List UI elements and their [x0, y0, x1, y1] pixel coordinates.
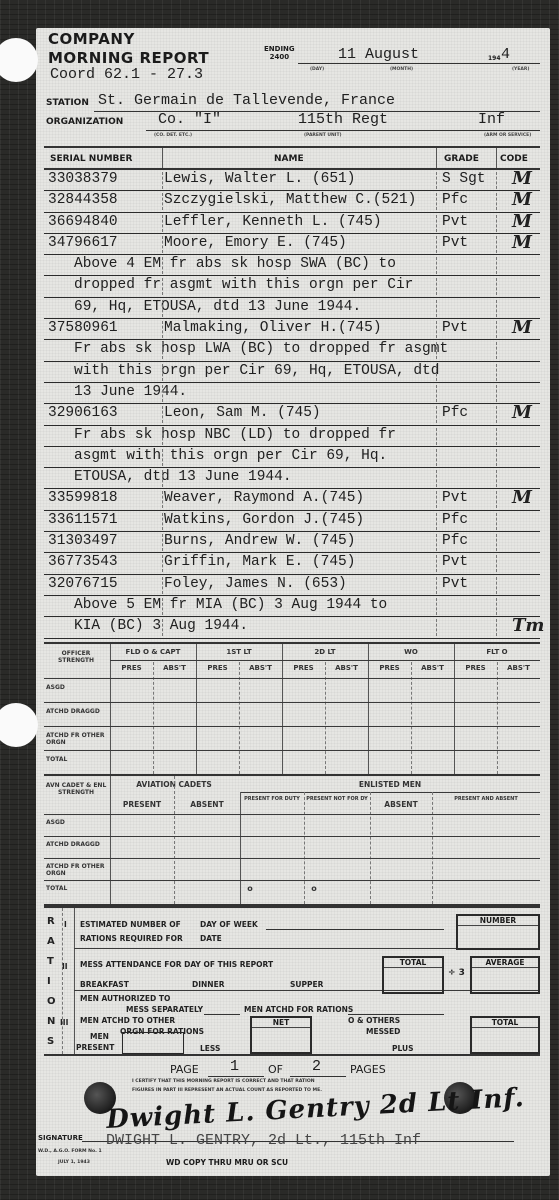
officer-count-cell[interactable] [499, 728, 538, 748]
divider [174, 776, 175, 904]
coordinates: Coord 62.1 - 27.3 [50, 66, 203, 83]
officer-count-cell[interactable] [413, 752, 452, 772]
code-mark: M [512, 211, 532, 232]
supper-label: SUPPER [290, 980, 323, 989]
divider [162, 321, 163, 338]
enlisted-count-cell[interactable] [372, 838, 430, 856]
serial-number: 31303497 [48, 533, 118, 549]
officer-row-label: TOTAL [44, 756, 106, 763]
divider [436, 172, 437, 189]
enlisted-count-cell[interactable] [242, 838, 302, 856]
enlisted-count-cell[interactable] [242, 860, 302, 878]
enlisted-count-cell[interactable] [372, 816, 430, 834]
row-number-2: II [62, 962, 68, 971]
divider [162, 406, 163, 423]
enlisted-col-header: PRESENT AND ABSENT [432, 796, 540, 802]
code-mark: M [512, 168, 532, 189]
code-mark: M [512, 232, 532, 253]
enlisted-col-header: ABSENT [370, 800, 432, 809]
sub-col-abst: ABS'T [239, 664, 282, 672]
col-name: NAME [274, 154, 304, 164]
pages-label: PAGES [350, 1063, 386, 1076]
enlisted-count-cell[interactable] [306, 838, 368, 856]
row-number-1: I [64, 920, 67, 929]
divider [162, 491, 163, 508]
page-number: 1 [230, 1058, 239, 1075]
officer-count-cell[interactable] [284, 728, 323, 748]
men-atchd-rations-field[interactable] [348, 1005, 444, 1015]
divider [496, 215, 497, 232]
enlisted-count-cell[interactable] [372, 882, 430, 900]
serial-number: 32844358 [48, 192, 118, 208]
soldier-name: Szczygielski, Matthew C.(521) [164, 192, 416, 208]
punch-hole-top [0, 38, 38, 82]
rations-top-rule [44, 906, 540, 908]
enlisted-col-header: PRESENT FOR DUTY [240, 796, 304, 802]
officer-count-cell[interactable] [327, 680, 366, 700]
men-authorized-label-2: MESS SEPARATELY [126, 1005, 203, 1014]
total-box-2[interactable]: TOTAL [470, 1016, 540, 1054]
officer-count-cell[interactable] [327, 728, 366, 748]
divider [436, 257, 437, 274]
divider [432, 792, 433, 904]
divider [436, 321, 437, 338]
divider [496, 193, 497, 210]
officer-count-cell[interactable] [198, 680, 237, 700]
roster-header: SERIAL NUMBER NAME GRADE CODE [44, 146, 540, 170]
enlisted-men-header: ENLISTED MEN [240, 780, 540, 789]
enlisted-row-label: ASGD [44, 819, 106, 826]
officer-count-cell[interactable] [198, 728, 237, 748]
roster-entry-row: 32906163Leon, Sam M. (745)PfcM [44, 404, 540, 425]
men-present-box[interactable] [122, 1032, 184, 1054]
grade: Pfc [442, 533, 468, 549]
enlisted-row-label: ATCHD DRAGGD [44, 841, 106, 848]
divider [496, 534, 497, 551]
divider [436, 470, 437, 487]
officer-group-header: 1ST LT [196, 648, 282, 656]
total-box-title: TOTAL [384, 958, 442, 968]
men-authorized-label-1: MEN AUTHORIZED TO [80, 994, 170, 1003]
code-mark: Tm [512, 615, 544, 636]
serial-number: 33599818 [48, 490, 118, 506]
divider [436, 148, 437, 168]
roster-entry-row: 31303497Burns, Andrew W. (745)Pfc [44, 532, 540, 553]
divider [496, 257, 497, 274]
divider [304, 792, 305, 904]
total-present-not-for-duty-mark: o [308, 884, 320, 893]
remark-text: Above 4 EM fr abs sk hosp SWA (BC) to [74, 256, 396, 272]
divider [162, 449, 163, 466]
morning-report-form: COMPANY MORNING REPORT ENDING 2400 11 Au… [36, 28, 550, 1176]
enlisted-count-cell[interactable] [434, 838, 538, 856]
code-mark: M [512, 402, 532, 423]
report-date: 11 August [338, 46, 419, 63]
enlisted-strength-table: AVN CADET & ENL STRENGTHAVIATION CADETSE… [44, 776, 540, 906]
serial-number: 36773543 [48, 554, 118, 570]
divider [44, 836, 540, 837]
sub-label-day: (DAY) [310, 67, 324, 72]
officer-count-cell[interactable] [284, 752, 323, 772]
divider [496, 148, 497, 168]
officer-count-cell[interactable] [112, 752, 151, 772]
total-box[interactable]: TOTAL [382, 956, 444, 994]
enlisted-count-cell[interactable] [176, 838, 238, 856]
officer-count-cell[interactable] [241, 704, 280, 724]
signature-label: SIGNATURE [38, 1134, 83, 1142]
divider [436, 619, 437, 636]
serial-number: 32906163 [48, 405, 118, 421]
divider [162, 534, 163, 551]
sub-col-abst: ABS'T [325, 664, 368, 672]
rations-section: RATIONS I II III ESTIMATED NUMBER OF RAT… [44, 906, 540, 1056]
divider [162, 555, 163, 572]
divider [436, 577, 437, 594]
rations-side-letter: O [47, 996, 56, 1007]
less-label: LESS [200, 1044, 220, 1053]
roster-entry-row: 34796617Moore, Emory E. (745)PvtM [44, 234, 540, 255]
divider [496, 428, 497, 445]
roster-remark-row: 13 June 1944. [44, 383, 540, 404]
remark-text: Fr abs sk hosp NBC (LD) to dropped fr [74, 427, 396, 443]
divider [44, 858, 540, 859]
divider [162, 148, 163, 168]
officer-count-cell[interactable] [241, 752, 280, 772]
certify-line-1: I CERTIFY THAT THIS MORNING REPORT IS CO… [132, 1079, 315, 1084]
divider [496, 172, 497, 189]
year-prefix: 194 [488, 55, 501, 62]
form-id-1: W.D., A.G.O. FORM No. 1 [38, 1149, 102, 1154]
enlisted-count-cell[interactable] [434, 882, 538, 900]
roster-entry-row: 33611571Watkins, Gordon J.(745)Pfc [44, 511, 540, 532]
enlisted-count-cell[interactable] [112, 838, 172, 856]
plus-label: PLUS [392, 1044, 414, 1053]
officer-group-header: FLD O & CAPT [110, 648, 196, 656]
roster-entry-row: 37580961Malmaking, Oliver H.(745)PvtM [44, 319, 540, 340]
remark-text: ETOUSA, dtd 13 June 1944. [74, 469, 292, 485]
divider [44, 750, 540, 751]
serial-number: 33611571 [48, 512, 118, 528]
remark-text: Above 5 EM fr MIA (BC) 3 Aug 1944 to [74, 597, 387, 613]
divider [436, 193, 437, 210]
enlisted-col-header: ABSENT [174, 800, 240, 809]
divider [162, 236, 163, 253]
divider [162, 364, 163, 381]
officer-count-cell[interactable] [370, 752, 409, 772]
estimated-rations-label-1: ESTIMATED NUMBER OF [80, 920, 181, 929]
officer-count-cell[interactable] [112, 704, 151, 724]
grade: Pvt [442, 320, 468, 336]
enlisted-row-label: ATCHD FR OTHER ORGN [44, 863, 106, 877]
sub-col-abst: ABS'T [153, 664, 196, 672]
officer-count-cell[interactable] [499, 704, 538, 724]
day-of-week-field[interactable] [266, 920, 444, 930]
enlisted-count-cell[interactable] [112, 882, 172, 900]
divider [496, 598, 497, 615]
divider [436, 428, 437, 445]
divider [496, 619, 497, 636]
sub-label-month: (MONTH) [390, 67, 413, 72]
total-present-for-duty-mark: o [244, 884, 256, 893]
divider [110, 776, 111, 904]
divider [496, 364, 497, 381]
divider [436, 534, 437, 551]
divider [436, 215, 437, 232]
roster-table: SERIAL NUMBER NAME GRADE CODE 33038379Le… [44, 146, 540, 639]
enlisted-count-cell[interactable] [176, 882, 238, 900]
remark-text: 69, Hq, ETOUSA, dtd 13 June 1944. [74, 299, 361, 315]
row-number-3: III [60, 1018, 68, 1027]
divider [44, 702, 540, 703]
roster-remark-row: 69, Hq, ETOUSA, dtd 13 June 1944. [44, 298, 540, 319]
enlisted-count-cell[interactable] [306, 860, 368, 878]
divider [162, 215, 163, 232]
ending-text: ENDING [264, 45, 295, 53]
divider [162, 172, 163, 189]
enlisted-count-cell[interactable] [434, 860, 538, 878]
divider [370, 792, 371, 904]
divider [44, 880, 540, 881]
roster-remark-row: Fr abs sk hosp LWA (BC) to dropped fr as… [44, 340, 540, 361]
grade: Pvt [442, 214, 468, 230]
divider [44, 678, 540, 679]
enlisted-count-cell[interactable] [306, 816, 368, 834]
roster-entry-row: 33599818Weaver, Raymond A.(745)PvtM [44, 489, 540, 510]
page-label: PAGE [170, 1063, 199, 1076]
officer-count-cell[interactable] [413, 728, 452, 748]
others-messed-label-1: O & OTHERS [348, 1016, 400, 1025]
officer-count-cell[interactable] [155, 752, 194, 772]
officer-count-cell[interactable] [370, 728, 409, 748]
divider [44, 814, 540, 815]
officer-count-cell[interactable] [284, 680, 323, 700]
divider [162, 257, 163, 274]
soldier-name: Burns, Andrew W. (745) [164, 533, 355, 549]
roster-remark-row: KIA (BC) 3 Aug 1944.Tm [44, 617, 540, 638]
sub-col-pres: PRES [368, 664, 411, 672]
form-title-company: COMPANY [48, 30, 135, 48]
typed-name: DWIGHT L. GENTRY, 2d Lt., 115th Inf [106, 1132, 421, 1149]
enlisted-strength-label: AVN CADET & ENL STRENGTH [44, 782, 108, 796]
page-total: 2 [312, 1058, 321, 1075]
average-box[interactable]: AVERAGE [470, 956, 540, 994]
net-box[interactable]: NET [250, 1016, 312, 1054]
soldier-name: Watkins, Gordon J.(745) [164, 512, 364, 528]
officer-count-cell[interactable] [284, 704, 323, 724]
officer-count-cell[interactable] [198, 704, 237, 724]
officer-count-cell[interactable] [413, 704, 452, 724]
officer-row-label: ATCHD DRAGGD [44, 708, 106, 715]
divider [496, 577, 497, 594]
rations-side-letter: I [47, 976, 51, 987]
officer-count-cell[interactable] [499, 680, 538, 700]
rations-bottom-rule [44, 1054, 540, 1056]
report-year: 4 [501, 46, 510, 63]
sub-label-company: (CO. DET. ETC.) [154, 133, 192, 138]
officer-group-header: FLT O [454, 648, 540, 656]
divider [74, 908, 75, 1054]
enlisted-count-cell[interactable] [372, 860, 430, 878]
roster-entry-row: 32076715Foley, James N. (653)Pvt [44, 575, 540, 596]
officer-count-cell[interactable] [155, 704, 194, 724]
ending-label: ENDING 2400 [264, 45, 295, 61]
enlisted-count-cell[interactable] [242, 816, 302, 834]
divider [496, 342, 497, 359]
divider [110, 660, 540, 661]
sub-label-parent: (PARENT UNIT) [304, 133, 342, 138]
divider [436, 364, 437, 381]
divider [496, 300, 497, 317]
code-mark: M [512, 317, 532, 338]
divider [162, 278, 163, 295]
officer-count-cell[interactable] [327, 704, 366, 724]
officer-count-cell[interactable] [456, 752, 495, 772]
divider [496, 321, 497, 338]
number-box[interactable]: NUMBER [456, 914, 540, 950]
officer-count-cell[interactable] [456, 728, 495, 748]
officer-count-cell[interactable] [241, 728, 280, 748]
mess-attendance-label: MESS ATTENDANCE FOR DAY OF THIS REPORT [80, 960, 273, 969]
divider [436, 342, 437, 359]
officer-group-header: 2D LT [282, 648, 368, 656]
divider [496, 406, 497, 423]
officer-count-cell[interactable] [370, 680, 409, 700]
soldier-name: Lewis, Walter L. (651) [164, 171, 355, 187]
serial-number: 36694840 [48, 214, 118, 230]
divider [436, 513, 437, 530]
divider [496, 470, 497, 487]
roster-remark-row: asgmt with this orgn per Cir 69, Hq. [44, 447, 540, 468]
men-present-label-2: PRESENT [76, 1043, 114, 1052]
divider [436, 449, 437, 466]
officer-count-cell[interactable] [327, 752, 366, 772]
officer-count-cell[interactable] [241, 680, 280, 700]
officer-count-cell[interactable] [155, 728, 194, 748]
roster-entry-row: 36773543Griffin, Mark E. (745)Pvt [44, 553, 540, 574]
divider [196, 644, 197, 774]
estimated-rations-label-2: RATIONS REQUIRED FOR [80, 934, 183, 943]
mess-separately-field[interactable] [204, 1005, 240, 1015]
roster-entry-row: 33038379Lewis, Walter L. (651)S SgtM [44, 170, 540, 191]
rations-side-letter: S [47, 1036, 54, 1047]
divider [162, 513, 163, 530]
divider [496, 449, 497, 466]
rations-side-letter: A [47, 936, 55, 947]
enlisted-count-cell[interactable] [176, 816, 238, 834]
divide-by-three: ÷ 3 [448, 968, 465, 978]
code-mark: M [512, 487, 532, 508]
divider [162, 619, 163, 636]
average-box-title: AVERAGE [472, 958, 538, 968]
sub-col-abst: ABS'T [411, 664, 454, 672]
roster-remark-row: dropped fr asgmt with this orgn per Cir [44, 276, 540, 297]
roster-entry-row: 32844358Szczygielski, Matthew C.(521)Pfc… [44, 191, 540, 212]
remark-text: 13 June 1944. [74, 384, 187, 400]
enlisted-row-label: TOTAL [44, 885, 106, 892]
dinner-label: DINNER [192, 980, 224, 989]
remark-text: asgmt with this orgn per Cir 69, Hq. [74, 448, 387, 464]
divider [436, 236, 437, 253]
divider [62, 908, 63, 1054]
remark-text: with this orgn per Cir 69, Hq, ETOUSA, d… [74, 363, 439, 379]
divider [496, 278, 497, 295]
enlisted-count-cell[interactable] [112, 816, 172, 834]
grade: S Sgt [442, 171, 486, 187]
officer-count-cell[interactable] [413, 680, 452, 700]
officer-strength-table: OFFICER STRENGTHFLD O & CAPTPRESABS'T1ST… [44, 642, 540, 776]
officer-group-header: WO [368, 648, 454, 656]
divider [162, 342, 163, 359]
divider [436, 555, 437, 572]
soldier-name: Weaver, Raymond A.(745) [164, 490, 364, 506]
divider [436, 385, 437, 402]
enlisted-col-header: PRESENT [110, 800, 174, 809]
men-present-label-1: MEN [90, 1032, 109, 1041]
grade: Pvt [442, 490, 468, 506]
enlisted-count-cell[interactable] [112, 860, 172, 878]
serial-number: 33038379 [48, 171, 118, 187]
officer-count-cell[interactable] [456, 680, 495, 700]
officer-count-cell[interactable] [456, 704, 495, 724]
rations-side-letter: R [47, 916, 55, 927]
divider [454, 644, 455, 774]
sub-col-pres: PRES [282, 664, 325, 672]
officer-row-label: ATCHD FR OTHER ORGN [44, 732, 106, 746]
divider [110, 644, 111, 774]
form-id-2: JULY 1, 1943 [58, 1160, 90, 1165]
soldier-name: Leon, Sam M. (745) [164, 405, 321, 421]
grade: Pvt [442, 576, 468, 592]
enlisted-count-cell[interactable] [434, 816, 538, 834]
divider [436, 406, 437, 423]
grade: Pfc [442, 512, 468, 528]
others-messed-label-2: MESSED [366, 1027, 400, 1036]
station-value: St. Germain de Tallevende, France [98, 92, 395, 109]
divider [44, 726, 540, 727]
roster-remark-row: Above 4 EM fr abs sk hosp SWA (BC) to [44, 255, 540, 276]
ending-time: 2400 [264, 53, 295, 61]
divider [436, 491, 437, 508]
divider [162, 470, 163, 487]
wd-copy-note: WD COPY THRU MRU OR SCU [166, 1158, 288, 1167]
roster-remark-row: ETOUSA, dtd 13 June 1944. [44, 468, 540, 489]
divider [436, 278, 437, 295]
officer-count-cell[interactable] [155, 680, 194, 700]
punch-hole-middle [0, 703, 38, 747]
grade: Pvt [442, 554, 468, 570]
officer-count-cell[interactable] [112, 728, 151, 748]
soldier-name: Foley, James N. (653) [164, 576, 347, 592]
of-label: OF [268, 1063, 283, 1076]
divider [496, 236, 497, 253]
grade: Pfc [442, 192, 468, 208]
officer-count-cell[interactable] [112, 680, 151, 700]
certify-line-2: FIGURES IN PART III REPRESENT AN ACTUAL … [132, 1088, 322, 1093]
sub-label-year: (YEAR) [512, 67, 529, 72]
code-mark: M [512, 189, 532, 210]
officer-count-cell[interactable] [370, 704, 409, 724]
officer-count-cell[interactable] [499, 752, 538, 772]
sub-col-pres: PRES [196, 664, 239, 672]
remark-text: dropped fr asgmt with this orgn per Cir [74, 277, 413, 293]
officer-count-cell[interactable] [198, 752, 237, 772]
men-atchd-other-label-1: MEN ATCHD TO OTHER [80, 1016, 175, 1025]
divider [496, 385, 497, 402]
organization-label: ORGANIZATION [46, 117, 123, 127]
breakfast-label: BREAKFAST [80, 980, 129, 989]
enlisted-count-cell[interactable] [176, 860, 238, 878]
soldier-name: Leffler, Kenneth L. (745) [164, 214, 382, 230]
